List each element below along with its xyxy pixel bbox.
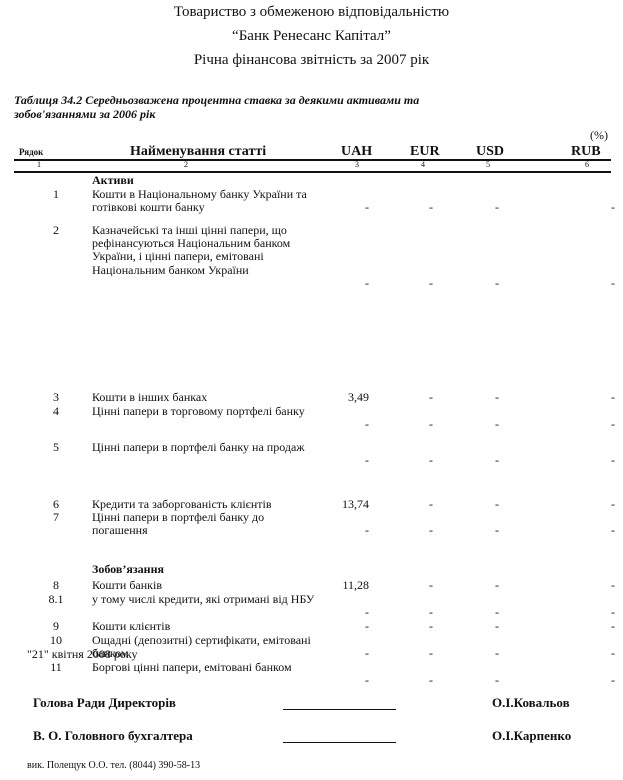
col-header-usd: USD xyxy=(476,144,504,160)
row-number: 7 xyxy=(40,511,72,524)
col-header-eur: EUR xyxy=(410,144,440,160)
col-num-4: 4 xyxy=(413,160,433,169)
row-number: 11 xyxy=(40,661,72,674)
row-name: Цінні папери в торговому портфелі банку xyxy=(92,405,322,418)
row-name: Цінні папери в портфелі банку до погашен… xyxy=(92,511,322,537)
value-usd: - xyxy=(449,277,499,290)
company-name: Товариство з обмеженою відповідальністю xyxy=(0,4,623,21)
value-uah: 3,49 xyxy=(319,391,369,404)
row-number: 2 xyxy=(40,224,72,237)
value-eur: - xyxy=(383,524,433,537)
row-name: Боргові цінні папери, емітовані банком xyxy=(92,661,322,674)
signature-title-accountant: В. О. Головного бухгалтера xyxy=(33,728,193,744)
value-usd: - xyxy=(449,524,499,537)
value-uah: - xyxy=(319,418,369,431)
value-rub: - xyxy=(565,498,615,511)
col-num-3: 3 xyxy=(347,160,367,169)
executor-contact: вик. Полещук О.О. тел. (8044) 390-58-13 xyxy=(27,760,200,771)
value-eur: - xyxy=(383,620,433,633)
value-uah: - xyxy=(319,674,369,687)
value-rub: - xyxy=(565,201,615,214)
value-eur: - xyxy=(383,418,433,431)
row-number: 5 xyxy=(40,441,72,454)
value-rub: - xyxy=(565,579,615,592)
signature-name-accountant: О.І.Карпенко xyxy=(492,728,571,744)
row-name: Кошти в Національному банку України та г… xyxy=(92,188,322,214)
signature-line-chairman xyxy=(283,709,396,710)
value-eur: - xyxy=(383,674,433,687)
unit-label: (%) xyxy=(590,128,608,143)
value-eur: - xyxy=(383,454,433,467)
row-number: 1 xyxy=(40,188,72,201)
col-num-5: 5 xyxy=(478,160,498,169)
value-uah: - xyxy=(319,277,369,290)
col-num-2: 2 xyxy=(176,160,196,169)
value-rub: - xyxy=(565,674,615,687)
value-usd: - xyxy=(449,454,499,467)
row-name: Кошти банків xyxy=(92,579,322,592)
report-date: "21" квітня 2008 року xyxy=(27,647,137,662)
value-usd: - xyxy=(449,620,499,633)
value-uah: - xyxy=(319,620,369,633)
value-eur: - xyxy=(383,201,433,214)
signature-line-accountant xyxy=(283,742,396,743)
row-name: Активи xyxy=(92,174,322,187)
value-rub: - xyxy=(565,524,615,537)
row-number: 3 xyxy=(40,391,72,404)
value-eur: - xyxy=(383,647,433,660)
row-name: Казначейські та інші цінні папери, що ре… xyxy=(92,224,322,277)
value-uah: 13,74 xyxy=(319,498,369,511)
value-usd: - xyxy=(449,647,499,660)
value-rub: - xyxy=(565,620,615,633)
row-name: у тому числі кредити, які отримані від Н… xyxy=(92,593,322,606)
value-usd: - xyxy=(449,498,499,511)
value-eur: - xyxy=(383,606,433,619)
row-name: Зобов’язання xyxy=(92,563,322,576)
row-name: Цінні папери в портфелі банку на продаж xyxy=(92,441,322,454)
value-rub: - xyxy=(565,391,615,404)
row-number: 8.1 xyxy=(40,593,72,606)
col-header-uah: UAH xyxy=(341,144,372,160)
row-number: 9 xyxy=(40,620,72,633)
table-caption-line1: Таблиця 34.2 Середньозважена процентна с… xyxy=(14,93,574,107)
value-rub: - xyxy=(565,647,615,660)
value-usd: - xyxy=(449,579,499,592)
value-eur: - xyxy=(383,277,433,290)
row-number: 4 xyxy=(40,405,72,418)
col-header-row: Рядок xyxy=(19,147,43,157)
value-usd: - xyxy=(449,418,499,431)
value-eur: - xyxy=(383,498,433,511)
signature-title-chairman: Голова Ради Директорів xyxy=(33,695,176,711)
table-caption-line2: зобов'язаннями за 2006 рік xyxy=(14,107,574,121)
row-number: 10 xyxy=(40,634,72,647)
value-rub: - xyxy=(565,454,615,467)
col-header-name: Найменування статті xyxy=(130,144,266,160)
value-rub: - xyxy=(565,418,615,431)
signature-name-chairman: О.І.Ковальов xyxy=(492,695,570,711)
row-number: 8 xyxy=(40,579,72,592)
value-rub: - xyxy=(565,606,615,619)
col-header-rub: RUB xyxy=(571,144,601,160)
row-name: Кошти клієнтів xyxy=(92,620,322,633)
value-uah: 11,28 xyxy=(319,579,369,592)
header-rule xyxy=(14,159,611,161)
value-uah: - xyxy=(319,454,369,467)
value-usd: - xyxy=(449,606,499,619)
col-num-6: 6 xyxy=(577,160,597,169)
report-title: Річна фінансова звітність за 2007 рік xyxy=(0,52,623,69)
value-usd: - xyxy=(449,674,499,687)
value-uah: - xyxy=(319,524,369,537)
col-num-1: 1 xyxy=(29,160,49,169)
value-usd: - xyxy=(449,201,499,214)
value-uah: - xyxy=(319,201,369,214)
value-rub: - xyxy=(565,277,615,290)
value-eur: - xyxy=(383,579,433,592)
table-caption: Таблиця 34.2 Середньозважена процентна с… xyxy=(14,93,574,121)
value-eur: - xyxy=(383,391,433,404)
row-name: Кошти в інших банках xyxy=(92,391,322,404)
value-uah: - xyxy=(319,606,369,619)
value-usd: - xyxy=(449,391,499,404)
bank-name: “Банк Ренесанс Капітал” xyxy=(0,28,623,45)
value-uah: - xyxy=(319,647,369,660)
